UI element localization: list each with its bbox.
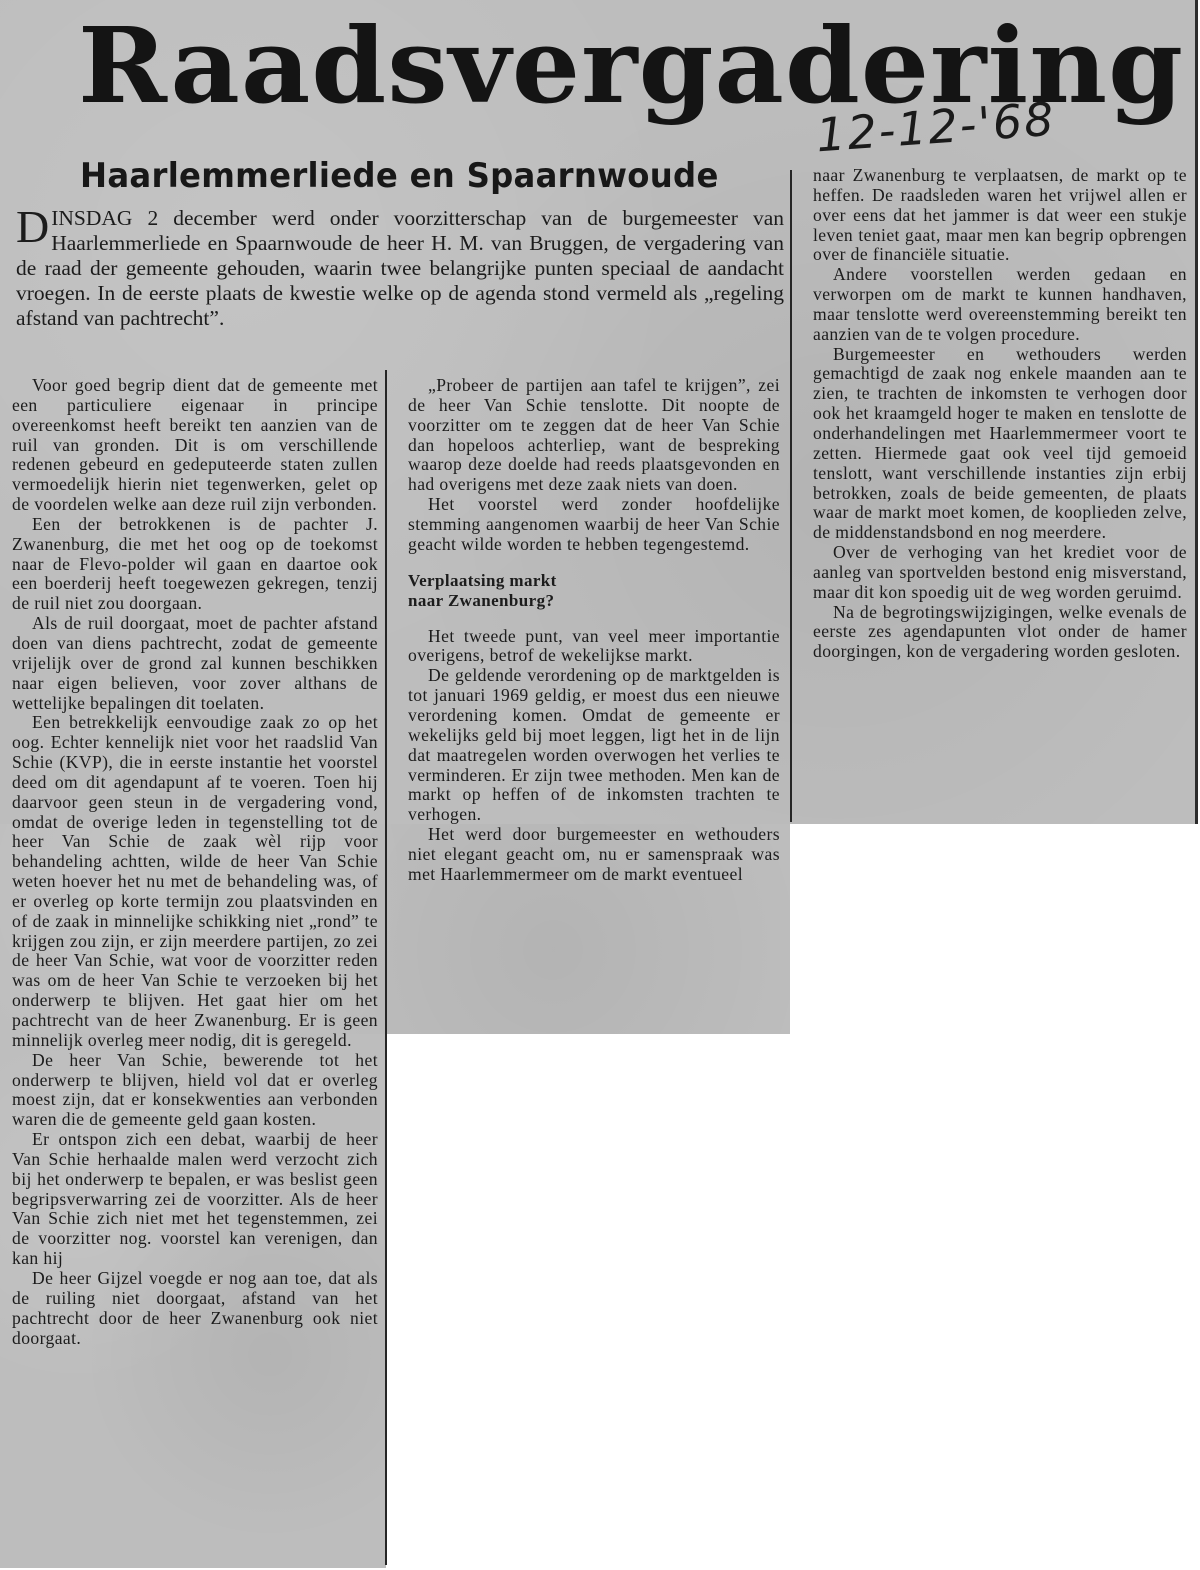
clipping-right-edge bbox=[1195, 0, 1198, 824]
section-heading-line: Verplaatsing markt bbox=[408, 571, 780, 591]
paragraph: De heer Van Schie, bewerende tot het ond… bbox=[12, 1051, 378, 1130]
paragraph: Na de begrotingswijzigingen, welke evena… bbox=[813, 603, 1187, 663]
paragraph: „Probeer de partijen aan tafel te krijge… bbox=[408, 376, 780, 495]
column-middle: „Probeer de partijen aan tafel te krijge… bbox=[408, 376, 780, 885]
lead-text: INSDAG 2 december werd onder voorzitters… bbox=[16, 206, 784, 330]
drop-cap: D bbox=[16, 208, 49, 246]
paragraph: Over de verhoging van het krediet voor d… bbox=[813, 543, 1187, 603]
paragraph: Het voorstel werd zonder hoofdelijke ste… bbox=[408, 495, 780, 555]
column-divider-left bbox=[385, 370, 387, 1565]
paragraph: Het tweede punt, van veel meer important… bbox=[408, 627, 780, 667]
paragraph: De geldende verordening op de marktgelde… bbox=[408, 666, 780, 825]
paragraph: Een betrekkelijk eenvoudige zaak zo op h… bbox=[12, 713, 378, 1050]
column-left: Voor goed begrip dient dat de gemeente m… bbox=[12, 376, 378, 1348]
paragraph: De heer Gijzel voegde er nog aan toe, da… bbox=[12, 1269, 378, 1348]
paragraph: Andere voorstellen werden gedaan en verw… bbox=[813, 265, 1187, 344]
paragraph: Als de ruil doorgaat, moet de pachter af… bbox=[12, 614, 378, 713]
subheadline: Haarlemmerliede en Spaarnwoude bbox=[80, 156, 719, 196]
paragraph: Een der betrokkenen is de pachter J. Zwa… bbox=[12, 515, 378, 614]
paragraph-continuation: naar Zwanenburg te verplaatsen, de markt… bbox=[813, 166, 1187, 265]
paragraph: Burgemeester en wethouders werden gemach… bbox=[813, 345, 1187, 543]
section-heading: Verplaatsing markt naar Zwanenburg? bbox=[408, 571, 780, 611]
section-heading-line: naar Zwanenburg? bbox=[408, 591, 780, 611]
paragraph: Voor goed begrip dient dat de gemeente m… bbox=[12, 376, 378, 515]
paragraph: Het werd door burgemeester en wethouders… bbox=[408, 825, 780, 885]
paragraph: Er ontspon zich een debat, waarbij de he… bbox=[12, 1130, 378, 1269]
lead-paragraph: DINSDAG 2 december werd onder voorzitter… bbox=[16, 206, 784, 331]
column-divider-right bbox=[790, 170, 792, 822]
column-right: naar Zwanenburg te verplaatsen, de markt… bbox=[813, 166, 1187, 662]
